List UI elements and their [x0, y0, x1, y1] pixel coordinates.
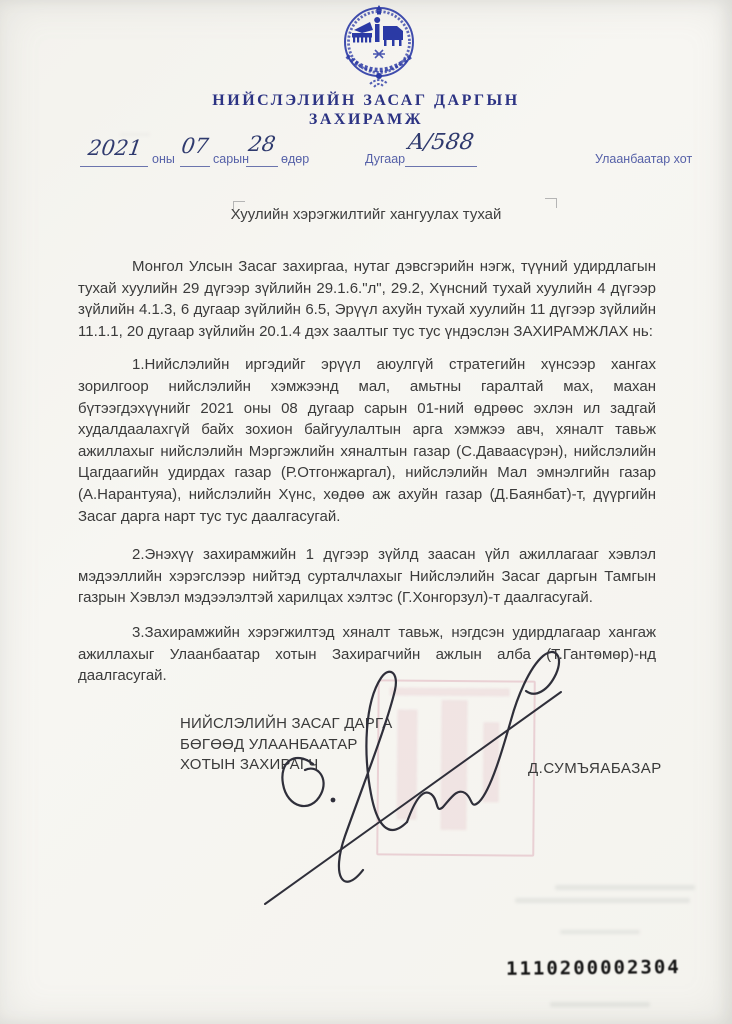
ghost-text-artifact	[515, 898, 690, 903]
decree-month-value: 07	[179, 134, 210, 158]
year-label: оны	[152, 152, 175, 166]
decree-item-1: 1.Нийслэлийн иргэдийг эрүүл аюулгүй стра…	[78, 354, 656, 527]
ghost-text-artifact	[120, 133, 150, 136]
decree-year-value: 2021	[82, 136, 147, 160]
ghost-text-artifact	[560, 930, 640, 934]
registry-stamp-number: 1110200002304	[506, 956, 681, 980]
ghost-text-artifact	[550, 1002, 650, 1007]
day-underline	[246, 166, 278, 167]
decree-number-value: A/588	[404, 130, 478, 155]
month-label: сарын	[213, 152, 249, 166]
signature-ink	[243, 628, 593, 918]
ghost-text-artifact	[555, 885, 695, 890]
number-underline	[405, 166, 477, 167]
day-label: өдөр	[281, 152, 309, 166]
decree-subject-title: Хуулийн хэрэгжилтийг хангуулах тухай	[0, 206, 732, 223]
decree-body: Монгол Улсын Засаг захиргаа, нутаг дэвсг…	[78, 256, 656, 687]
date-number-row: 2021 оны 07 сарын 28 өдөр Дугаар A/588 У…	[0, 132, 732, 178]
decree-day-value: 28	[245, 132, 278, 156]
letterhead-line2: ЗАХИРАМЖ	[0, 111, 732, 129]
month-underline	[180, 166, 210, 167]
letterhead: НИЙСЛЭЛИЙН ЗАСАГ ДАРГЫН ЗАХИРАМЖ	[0, 92, 732, 129]
letterhead-line1: НИЙСЛЭЛИЙН ЗАСАГ ДАРГЫН	[0, 92, 732, 110]
city-label: Улаанбаатар хот	[595, 152, 692, 166]
decree-document-page: НИЙСЛЭЛИЙН ЗАСАГ ДАРГЫН ЗАХИРАМЖ 2021 он…	[0, 0, 732, 1024]
number-label: Дугаар	[365, 152, 405, 166]
decree-item-2: 2.Энэхүү захирамжийн 1 дүгээр зүйлд заас…	[78, 544, 656, 609]
city-emblem-icon	[330, 4, 428, 90]
legal-basis-paragraph: Монгол Улсын Засаг захиргаа, нутаг дэвсг…	[78, 256, 656, 342]
year-underline	[80, 166, 148, 167]
